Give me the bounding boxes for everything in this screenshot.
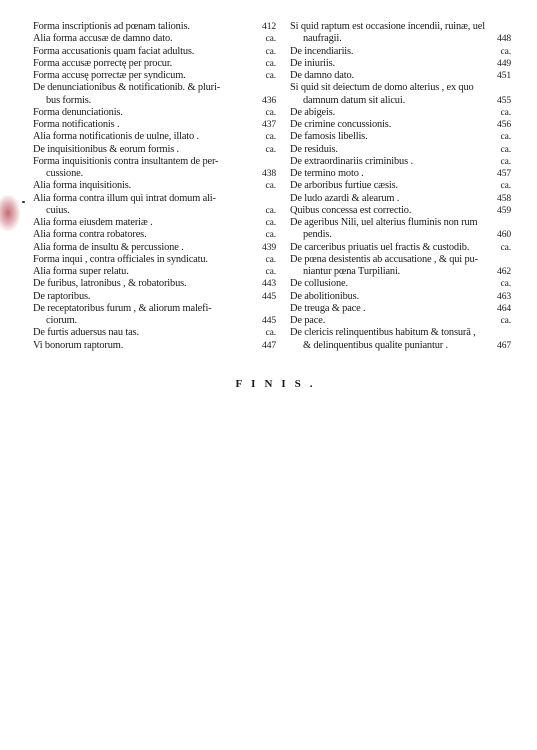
index-entry: Alia forma inquisitionis.ca. [33,180,276,192]
entry-page-number: ca. [491,144,511,156]
ink-stain [0,195,20,231]
entry-title: De clericis relinquentibus habitum & ton… [290,327,491,339]
index-entry: De abigeis.ca. [290,107,511,119]
entry-page-number: 457 [491,168,511,180]
index-entry: De furibus, latronibus , & robatoribus.4… [33,278,276,290]
entry-title: De collusione. [290,278,491,290]
index-entry: Forma accusæ porrectę per procur.ca. [33,58,276,70]
entry-page-number: ca. [256,46,276,58]
entry-title: Alia forma super relatu. [33,266,256,278]
entry-title: naufragii. [290,33,491,45]
entry-title: De crimine concussionis. [290,119,491,131]
entry-page-number: ca. [256,180,276,192]
entry-page-number: 463 [491,291,511,303]
entry-page-number: 455 [491,95,511,107]
entry-title: cussione. [33,168,256,180]
entry-page-number: 459 [491,205,511,217]
entry-title: De arboribus furtiue cæsis. [290,180,491,192]
index-entry: De residuis.ca. [290,144,511,156]
entry-title: De furtis aduersus nau tas. [33,327,256,339]
entry-title: De iniuriis. [290,58,491,70]
index-entry: De receptatoribus furum , & aliorum male… [33,303,276,315]
index-entry: pendis.460 [290,229,511,241]
index-entry: Alia forma accusæ de damno dato.ca. [33,33,276,45]
entry-page-number: 438 [256,168,276,180]
index-entry: De clericis relinquentibus habitum & ton… [290,327,511,339]
index-entry: De inquisitionibus & eorum formis .ca. [33,144,276,156]
entry-title: Forma denunciationis. [33,107,256,119]
entry-page-number: 439 [256,242,276,254]
entry-title: bus formis. [33,95,256,107]
index-entry: De carceribus priuatis uel fractis & cus… [290,242,511,254]
entry-page-number: ca. [491,156,511,168]
entry-page-number: ca. [256,205,276,217]
entry-page-number: 458 [491,193,511,205]
index-entry: De treuga & pace .464 [290,303,511,315]
entry-title: De extraordinariis criminibus . [290,156,491,168]
entry-page-number: 448 [491,33,511,45]
entry-page-number: 437 [256,119,276,131]
entry-title: De inquisitionibus & eorum formis . [33,144,256,156]
index-entry: niantur pœna Turpiliani.462 [290,266,511,278]
entry-page-number: 464 [491,303,511,315]
entry-page-number: ca. [256,131,276,143]
index-entry: Vi bonorum raptorum.447 [33,340,276,352]
entry-title: De termino moto . [290,168,491,180]
entry-title: De furibus, latronibus , & robatoribus. [33,278,256,290]
index-entry: Forma notificationis .437 [33,119,276,131]
entry-title: Forma inscriptionis ad pœnam talionis. [33,21,256,33]
entry-page-number: ca. [491,107,511,119]
entry-title: De raptoribus. [33,291,256,303]
index-entry: damnum datum sit alicui.455 [290,95,511,107]
entry-page-number: ca. [491,46,511,58]
entry-title: Forma inqui , contra officiales in syndi… [33,254,256,266]
entry-page-number: 445 [256,315,276,327]
index-column-right: Si quid raptum est occasione incendii, r… [290,21,511,352]
index-entry: Alia forma eiusdem materiæ .ca. [33,217,276,229]
index-entry: Alia forma contra illum qui intrat domum… [33,193,276,205]
index-entry: De pœna desistentis ab accusatione , & q… [290,254,511,266]
entry-title: De abigeis. [290,107,491,119]
index-column-left: Forma inscriptionis ad pœnam talionis.41… [33,21,276,352]
index-entry: Si quid raptum est occasione incendii, r… [290,21,511,33]
entry-page-number: ca. [256,217,276,229]
index-entry: De collusione.ca. [290,278,511,290]
index-entry: Forma inqui , contra officiales in syndi… [33,254,276,266]
entry-page-number: 467 [491,340,511,352]
entry-title: niantur pœna Turpiliani. [290,266,491,278]
index-entry: De ludo azardi & alearum .458 [290,193,511,205]
entry-page-number: ca. [256,70,276,82]
index-entry: naufragii.448 [290,33,511,45]
index-entry: De denunciationibus & notificationib. & … [33,82,276,94]
index-entry: ciorum.445 [33,315,276,327]
entry-title: Si quid raptum est occasione incendii, r… [290,21,491,33]
index-entry: De raptoribus.445 [33,291,276,303]
entry-page-number: ca. [256,107,276,119]
index-entry: Alia forma super relatu.ca. [33,266,276,278]
entry-title: cuius. [33,205,256,217]
index-entry: De famosis libellis.ca. [290,131,511,143]
index-entry: De termino moto .457 [290,168,511,180]
entry-page-number: 456 [491,119,511,131]
entry-title: Si quid sit deiectum de domo alterius , … [290,82,491,94]
entry-page-number: 462 [491,266,511,278]
entry-page-number: ca. [256,33,276,45]
entry-title: Alia forma contra robatores. [33,229,256,241]
entry-page-number: 443 [256,278,276,290]
entry-title: De carceribus priuatis uel fractis & cus… [290,242,491,254]
index-entry: De pace.ca. [290,315,511,327]
index-entry: De arboribus furtiue cæsis.ca. [290,180,511,192]
entry-title: Forma notificationis . [33,119,256,131]
ink-speck [22,201,25,203]
entry-title: De residuis. [290,144,491,156]
entry-page-number: 460 [491,229,511,241]
entry-page-number: ca. [256,266,276,278]
entry-page-number: ca. [491,242,511,254]
entry-page-number: 412 [256,21,276,33]
entry-page-number: 449 [491,58,511,70]
index-entry: Alia forma de insultu & percussione .439 [33,242,276,254]
entry-page-number: ca. [256,58,276,70]
entry-page-number: 451 [491,70,511,82]
entry-title: De famosis libellis. [290,131,491,143]
index-entry: Forma accusationis quam faciat adultus.c… [33,46,276,58]
finis-colophon: FINIS. [0,378,537,390]
entry-title: De abolitionibus. [290,291,491,303]
index-entry: Forma inquisitionis contra insultantem d… [33,156,276,168]
index-entry: Si quid sit deiectum de domo alterius , … [290,82,511,94]
entry-title: De ageribus Nili, uel alterius fluminis … [290,217,491,229]
entry-title: Alia forma contra illum qui intrat domum… [33,193,256,205]
index-entry: cuius.ca. [33,205,276,217]
entry-title: De damno dato. [290,70,491,82]
entry-title: Forma accusę porrectæ per syndicum. [33,70,256,82]
index-entry: De damno dato.451 [290,70,511,82]
index-entry: Quibus concessa est correctio.459 [290,205,511,217]
entry-title: Forma accusæ porrectę per procur. [33,58,256,70]
entry-page-number: 445 [256,291,276,303]
index-entry: Forma accusę porrectæ per syndicum.ca. [33,70,276,82]
entry-title: & delinquentibus qualite puniantur . [290,340,491,352]
entry-title: De pace. [290,315,491,327]
entry-page-number: ca. [491,131,511,143]
entry-title: De pœna desistentis ab accusatione , & q… [290,254,491,266]
index-entry: De crimine concussionis.456 [290,119,511,131]
entry-title: Vi bonorum raptorum. [33,340,256,352]
entry-title: De treuga & pace . [290,303,491,315]
index-entry: De furtis aduersus nau tas.ca. [33,327,276,339]
index-entry: De extraordinariis criminibus .ca. [290,156,511,168]
entry-title: De incendiariis. [290,46,491,58]
entry-page-number: ca. [491,180,511,192]
index-entry: bus formis.436 [33,95,276,107]
index-entry: Alia forma notificationis de uulne, illa… [33,131,276,143]
index-entry: Forma denunciationis.ca. [33,107,276,119]
entry-title: damnum datum sit alicui. [290,95,491,107]
entry-title: Alia forma de insultu & percussione . [33,242,256,254]
index-entry: De abolitionibus.463 [290,291,511,303]
index-entry: Alia forma contra robatores.ca. [33,229,276,241]
entry-page-number: ca. [491,278,511,290]
entry-title: De ludo azardi & alearum . [290,193,491,205]
entry-title: Forma accusationis quam faciat adultus. [33,46,256,58]
entry-title: Quibus concessa est correctio. [290,205,491,217]
index-entry: De incendiariis.ca. [290,46,511,58]
entry-title: pendis. [290,229,491,241]
entry-page-number: ca. [256,144,276,156]
entry-page-number: 447 [256,340,276,352]
entry-page-number: 436 [256,95,276,107]
entry-title: ciorum. [33,315,256,327]
entry-page-number: ca. [491,315,511,327]
index-entry: & delinquentibus qualite puniantur .467 [290,340,511,352]
index-entry: De iniuriis.449 [290,58,511,70]
index-entry: cussione.438 [33,168,276,180]
entry-page-number: ca. [256,254,276,266]
entry-title: Forma inquisitionis contra insultantem d… [33,156,256,168]
entry-title: Alia forma notificationis de uulne, illa… [33,131,256,143]
entry-title: De denunciationibus & notificationib. & … [33,82,256,94]
entry-title: Alia forma accusæ de damno dato. [33,33,256,45]
index-entry: Forma inscriptionis ad pœnam talionis.41… [33,21,276,33]
entry-title: Alia forma eiusdem materiæ . [33,217,256,229]
index-entry: De ageribus Nili, uel alterius fluminis … [290,217,511,229]
entry-title: Alia forma inquisitionis. [33,180,256,192]
entry-page-number: ca. [256,327,276,339]
entry-title: De receptatoribus furum , & aliorum male… [33,303,256,315]
entry-page-number: ca. [256,229,276,241]
